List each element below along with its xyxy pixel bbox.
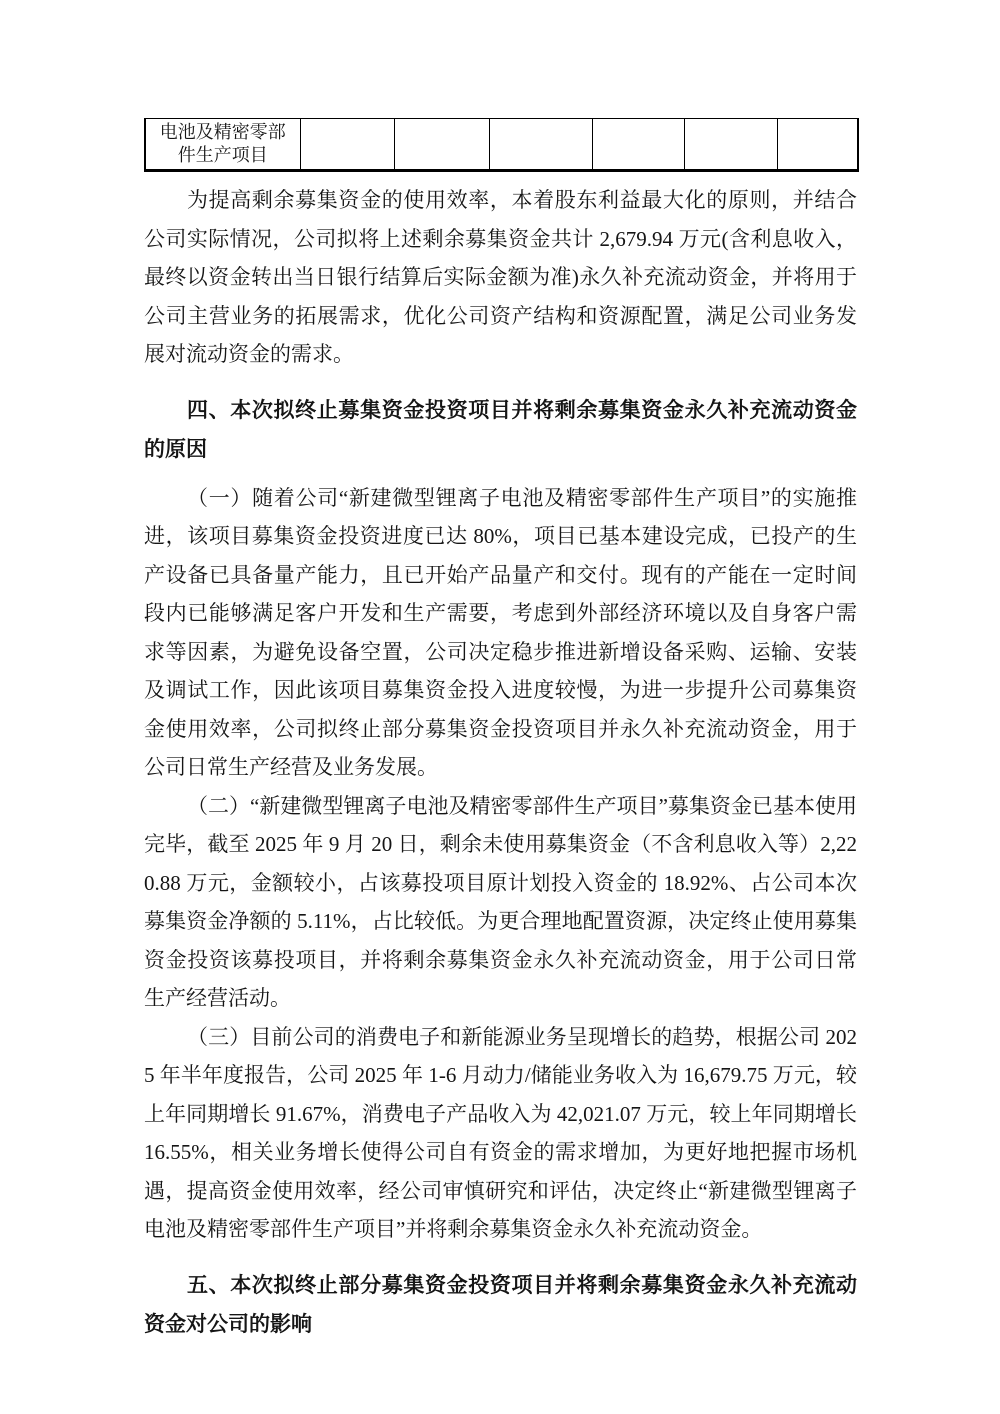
document-page: 电池及精密零部件生产项目 为提高剩余募集资金的使用效率，本着股东利益最大化的原则… xyxy=(0,0,1000,1414)
table-cell-empty-5 xyxy=(684,119,777,171)
table-cell-empty-1 xyxy=(300,119,394,171)
table-cell-empty-6 xyxy=(777,119,858,171)
table-cell-empty-2 xyxy=(394,119,489,171)
section-heading-5: 五、本次拟终止部分募集资金投资项目并将剩余募集资金永久补充流动资金对公司的影响 xyxy=(144,1266,857,1344)
paragraph-reason-1: （一）随着公司“新建微型锂离子电池及精密零部件生产项目”的实施推进，该项目募集资… xyxy=(144,479,857,787)
table-cell-project-name: 电池及精密零部件生产项目 xyxy=(145,119,300,171)
table-row: 电池及精密零部件生产项目 xyxy=(145,119,858,171)
table-cell-empty-4 xyxy=(592,119,684,171)
paragraph-summary: 为提高剩余募集资金的使用效率，本着股东利益最大化的原则，并结合公司实际情况，公司… xyxy=(144,181,857,374)
body-text: 为提高剩余募集资金的使用效率，本着股东利益最大化的原则，并结合公司实际情况，公司… xyxy=(144,181,857,1344)
section-heading-4: 四、本次拟终止募集资金投资项目并将剩余募集资金永久补充流动资金的原因 xyxy=(144,391,857,469)
continuation-table: 电池及精密零部件生产项目 xyxy=(144,118,859,172)
paragraph-reason-3: （三）目前公司的消费电子和新能源业务呈现增长的趋势，根据公司 2025 年半年度… xyxy=(144,1018,857,1249)
paragraph-reason-2: （二）“新建微型锂离子电池及精密零部件生产项目”募集资金已基本使用完毕，截至 2… xyxy=(144,787,857,1018)
document-content: 电池及精密零部件生产项目 为提高剩余募集资金的使用效率，本着股东利益最大化的原则… xyxy=(144,118,857,1354)
table-cell-empty-3 xyxy=(489,119,592,171)
